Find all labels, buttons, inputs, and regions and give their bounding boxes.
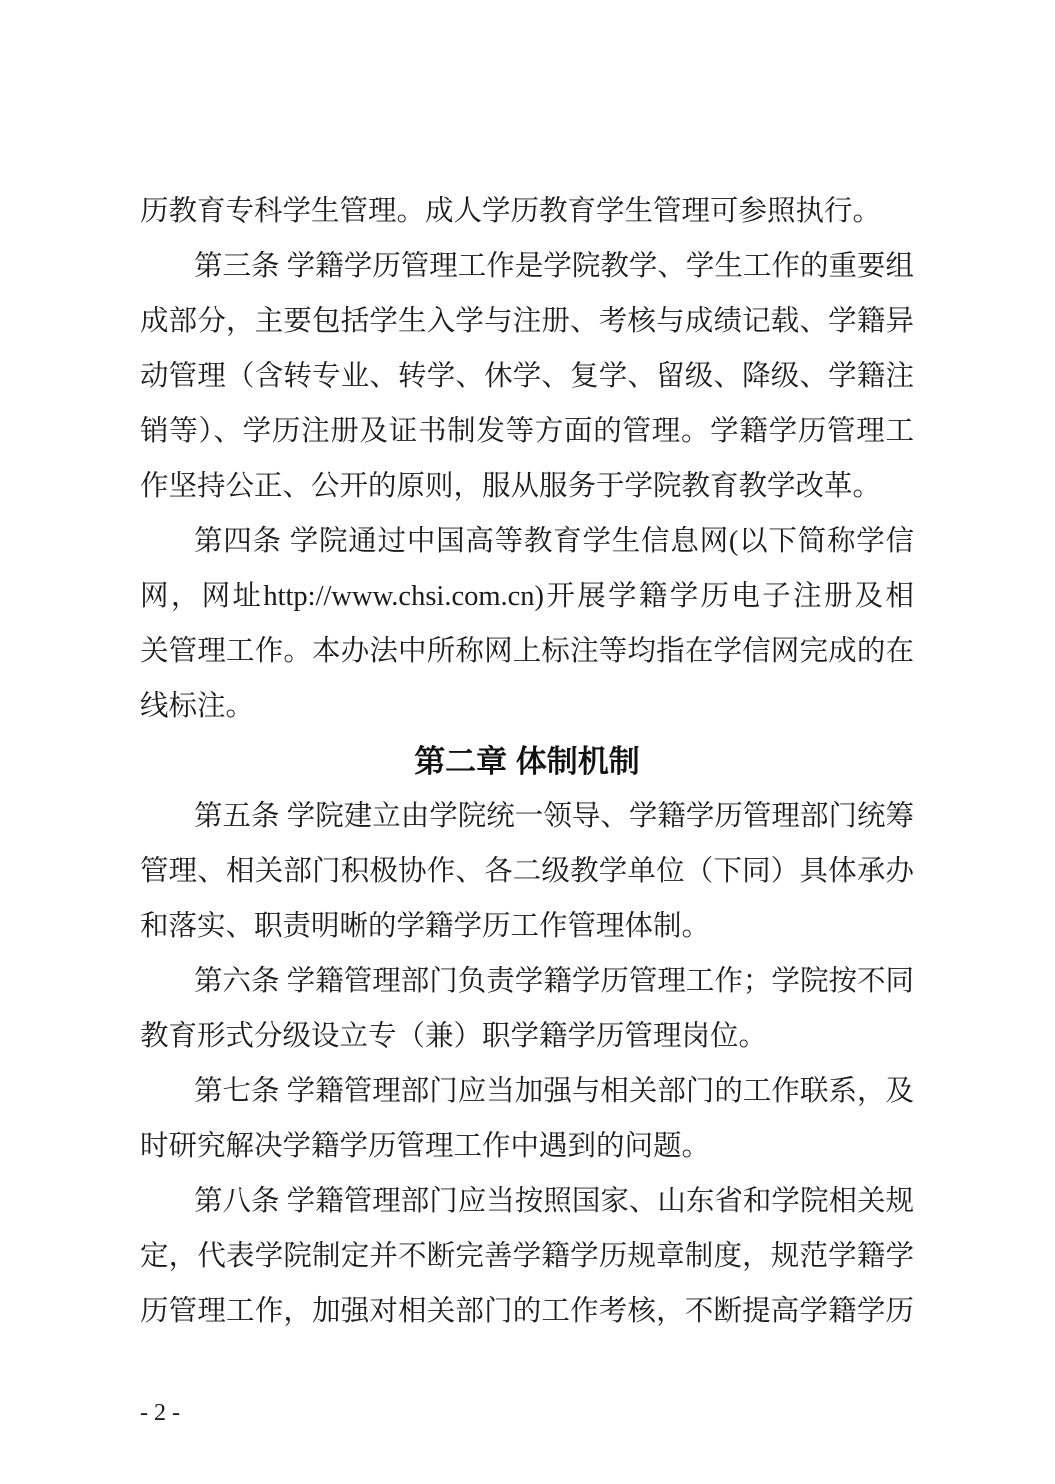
- document-text-line: 销等）、学历注册及证书制发等方面的管理。学籍学历管理工: [140, 404, 914, 459]
- document-text-line: 第七条 学籍管理部门应当加强与相关部门的工作联系，及: [140, 1064, 914, 1119]
- document-text-line: 第六条 学籍管理部门负责学籍学历管理工作；学院按不同: [140, 954, 914, 1009]
- document-text-line: 时研究解决学籍学历管理工作中遇到的问题。: [140, 1119, 914, 1174]
- document-text-line: 作坚持公正、公开的原则，服从服务于学院教育教学改革。: [140, 459, 914, 514]
- document-text-line: 管理、相关部门积极协作、各二级教学单位（下同）具体承办: [140, 844, 914, 899]
- document-body: 历教育专科学生管理。成人学历教育学生管理可参照执行。第三条 学籍学历管理工作是学…: [140, 184, 914, 1339]
- document-page: 历教育专科学生管理。成人学历教育学生管理可参照执行。第三条 学籍学历管理工作是学…: [0, 0, 1055, 1484]
- document-text-line: 动管理（含转专业、转学、休学、复学、留级、降级、学籍注: [140, 349, 914, 404]
- document-text-line: 定，代表学院制定并不断完善学籍学历规章制度，规范学籍学: [140, 1229, 914, 1284]
- chapter-heading: 第二章 体制机制: [140, 734, 914, 789]
- document-text-line: 关管理工作。本办法中所称网上标注等均指在学信网完成的在: [140, 624, 914, 679]
- document-text-line: 教育形式分级设立专（兼）职学籍学历管理岗位。: [140, 1009, 914, 1064]
- document-text-line: 第八条 学籍管理部门应当按照国家、山东省和学院相关规: [140, 1174, 914, 1229]
- page-number: - 2 -: [140, 1398, 180, 1428]
- document-text-line: 和落实、职责明晰的学籍学历工作管理体制。: [140, 899, 914, 954]
- document-text-line: 历教育专科学生管理。成人学历教育学生管理可参照执行。: [140, 184, 914, 239]
- document-text-line: 成部分，主要包括学生入学与注册、考核与成绩记载、学籍异: [140, 294, 914, 349]
- document-text-line: 第四条 学院通过中国高等教育学生信息网(以下简称学信: [140, 514, 914, 569]
- document-text-line: 第五条 学院建立由学院统一领导、学籍学历管理部门统筹: [140, 789, 914, 844]
- document-text-line: 网，网址http://www.chsi.com.cn)开展学籍学历电子注册及相: [140, 569, 914, 624]
- document-text-line: 线标注。: [140, 679, 914, 734]
- document-text-line: 历管理工作，加强对相关部门的工作考核，不断提高学籍学历: [140, 1284, 914, 1339]
- document-text-line: 第三条 学籍学历管理工作是学院教学、学生工作的重要组: [140, 239, 914, 294]
